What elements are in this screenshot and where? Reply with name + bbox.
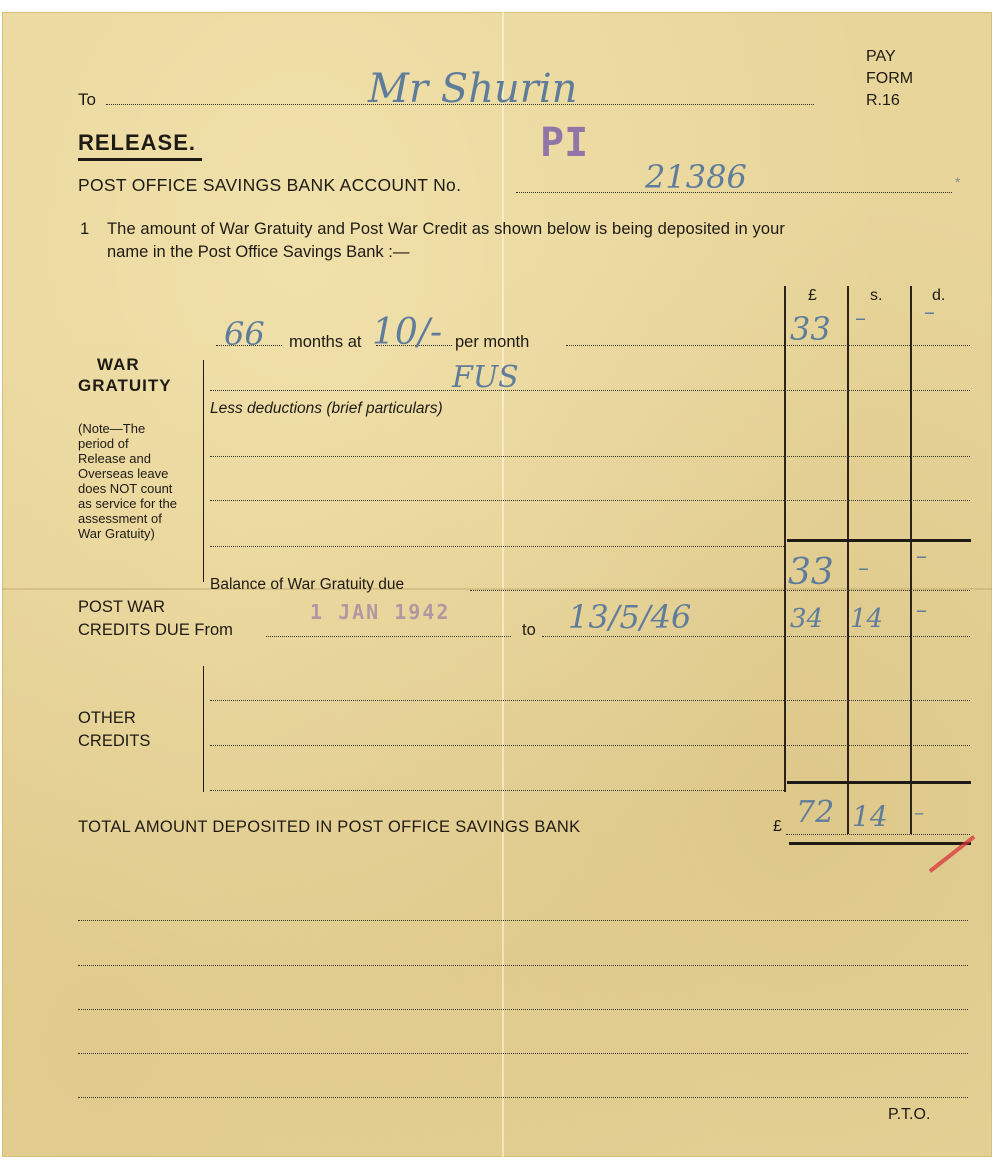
release-title: RELEASE. [78,130,196,156]
total-double-rule [789,842,971,845]
per-month-label: per month [455,333,529,352]
post-war-to-line [542,636,970,637]
months-value[interactable]: 66 [224,315,265,353]
column-divider-pounds [784,286,786,792]
war-gratuity-shillings[interactable]: – [855,306,866,331]
war-gratuity-note: (Note—The period of Release and Overseas… [78,421,177,541]
total-label: TOTAL AMOUNT DEPOSITED IN POST OFFICE SA… [78,818,580,837]
blank-line-4 [78,1053,968,1054]
blank-line-1 [78,920,968,921]
balance-shillings[interactable]: – [858,556,869,581]
total-shillings[interactable]: 14 [852,800,888,833]
post-war-from-line [266,636,511,637]
months-amount-line [566,345,970,346]
column-header-pounds: £ [808,287,817,305]
to-value[interactable]: Mr Shurin [368,66,577,112]
paragraph-number: 1 [80,220,89,239]
to-label: To [78,90,96,110]
post-war-shillings[interactable]: 14 [850,604,883,634]
post-war-from-stamp: 1 JAN 1942 [310,600,450,624]
column-divider-shillings [847,286,849,834]
balance-label: Balance of War Gratuity due [210,576,404,594]
deduction-line-2 [210,456,970,457]
deduction-line-3 [210,500,970,501]
war-gratuity-brace [203,360,204,582]
deduction-line-1 [210,390,970,391]
other-credits-label-1: OTHER [78,709,136,728]
total-pounds[interactable]: 72 [796,795,834,830]
other-credits-line-3 [210,790,784,791]
war-gratuity-pence[interactable]: – [924,300,935,325]
balance-line [470,590,970,591]
balance-pounds[interactable]: 33 [788,552,834,593]
account-value[interactable]: 21386 [645,158,747,196]
paragraph-line-2: name in the Post Office Savings Bank :— [107,243,409,262]
fold-crease-vertical [502,12,504,1157]
post-war-pounds[interactable]: 34 [790,604,823,634]
subtotal-rule [787,539,971,542]
other-credits-line-2 [210,745,970,746]
form-code: PAY FORM R.16 [866,46,913,112]
deduction-line-4 [210,546,784,547]
title-underline [78,158,202,161]
account-stamp: PI [540,120,588,166]
total-currency: £ [773,818,782,836]
other-credits-brace [203,666,204,792]
total-line [786,834,970,835]
war-gratuity-heading-1: WAR [97,355,140,375]
blank-line-3 [78,1009,968,1010]
war-gratuity-heading-2: GRATUITY [78,376,172,396]
pto-label: P.T.O. [888,1106,930,1124]
column-divider-pence [910,286,912,834]
post-war-label-1: POST WAR [78,598,165,617]
column-header-shillings: s. [870,287,882,305]
account-label: POST OFFICE SAVINGS BANK ACCOUNT No. [78,175,461,196]
war-gratuity-pounds[interactable]: 33 [790,310,831,348]
post-war-to-label: to [522,621,536,640]
asterisk-mark: * [955,174,960,190]
deductions-label: Less deductions (brief particulars) [210,400,443,418]
post-war-pence[interactable]: – [916,598,927,623]
other-credits-label-2: CREDITS [78,732,150,751]
total-rule-top [787,781,971,784]
rate-value[interactable]: 10/- [372,312,442,353]
post-war-label-2: CREDITS DUE From [78,621,233,640]
total-pence[interactable]: – [914,800,924,824]
blank-line-5 [78,1097,968,1098]
balance-pence[interactable]: – [916,544,927,569]
blank-line-2 [78,965,968,966]
post-war-to-value[interactable]: 13/5/46 [568,598,691,636]
paragraph-line-1: The amount of War Gratuity and Post War … [107,220,785,239]
other-credits-line-1 [210,700,970,701]
months-label: months at [289,333,361,352]
